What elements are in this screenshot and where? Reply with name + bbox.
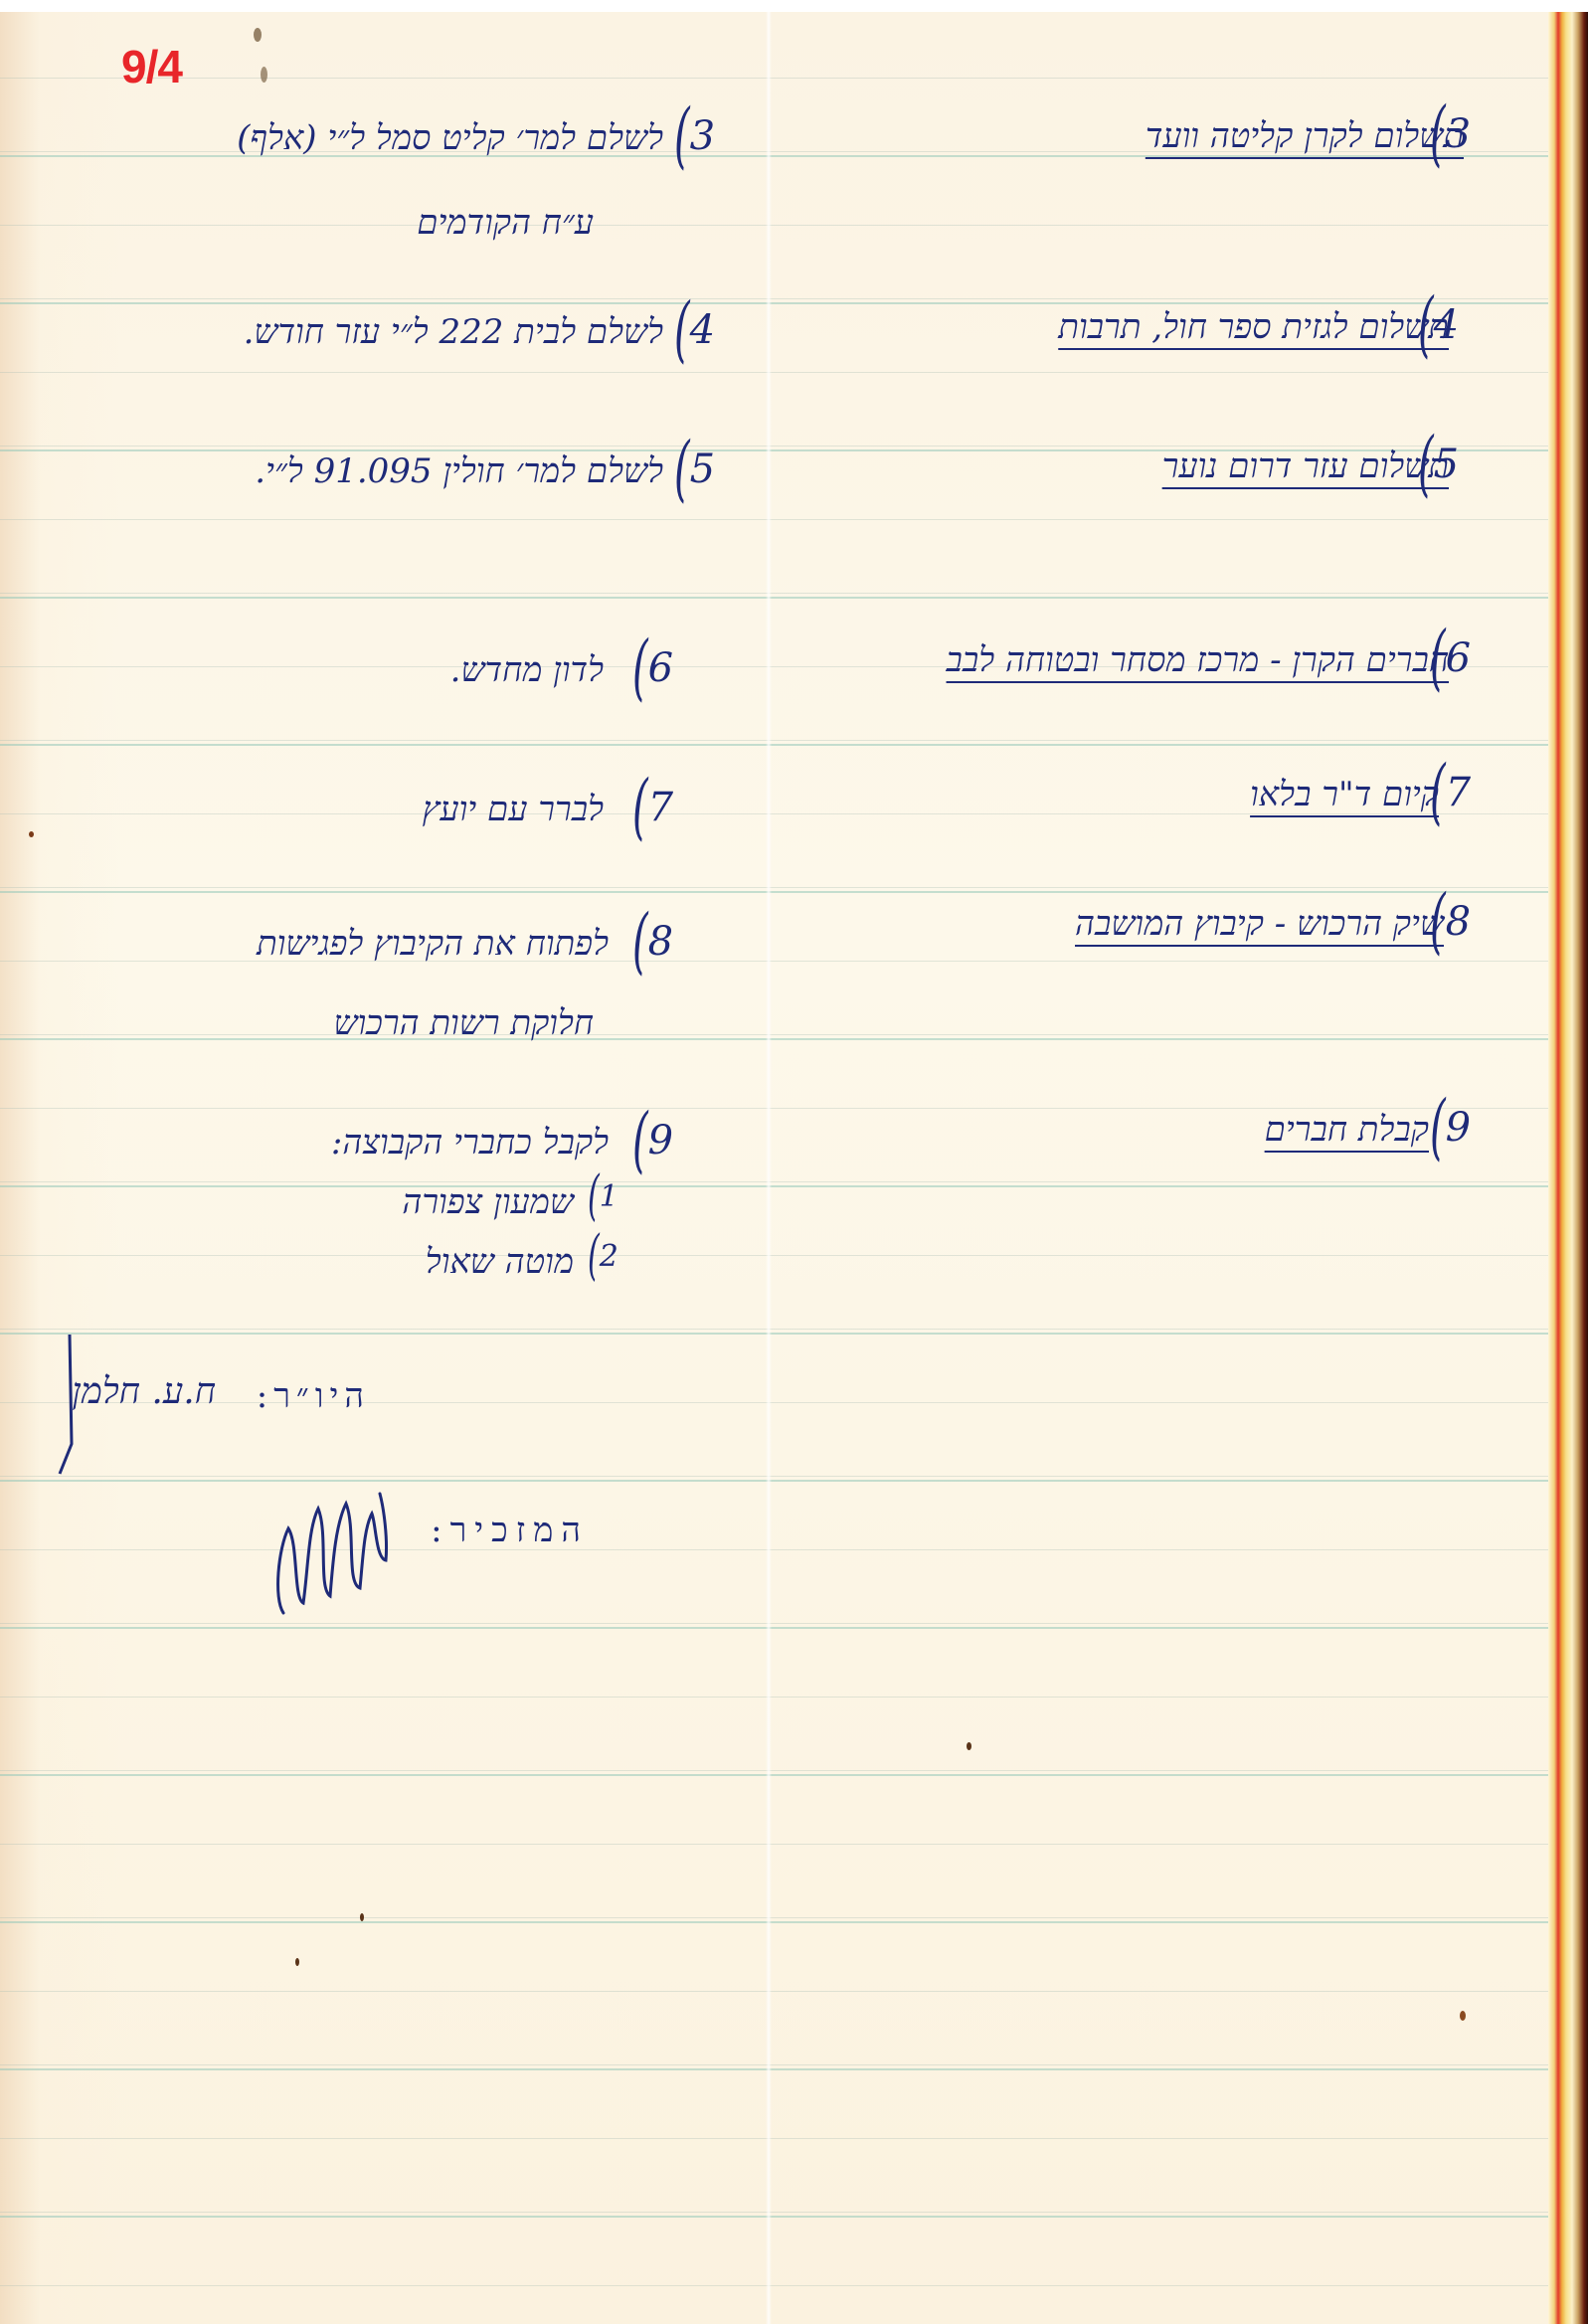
- stain-speck: [360, 1913, 364, 1921]
- right-item-4: תשלום לגזית ספר חול, תרבות: [1058, 310, 1449, 344]
- right-item-9-number: (9: [1424, 1105, 1471, 1151]
- left-item-9-number: (9: [626, 1118, 673, 1163]
- right-item-3-number: (3: [1424, 111, 1471, 157]
- left-item-9-sub-1-number: (1: [582, 1179, 618, 1214]
- right-item-8: שיק הרכוש - קיבוץ המושבה: [1075, 907, 1444, 941]
- chair-signature: ח.ע. חלמן: [72, 1374, 216, 1410]
- left-item-9-sub-2: מוטה שאול: [426, 1245, 574, 1279]
- left-item-4: לשלם לבית 222 ל״י עזר חודש.: [244, 315, 663, 349]
- item-text: תשלום עזר דרום נוער: [1162, 447, 1449, 486]
- left-item-8: לפתוח את הקיבוץ לפגישות: [257, 927, 609, 961]
- right-item-4-number: (4: [1412, 302, 1459, 348]
- bleed-through-text: [60, 1991, 756, 2190]
- item-text: חברים הקרן - מרכז מסחר ובטוחה לבב: [947, 640, 1449, 680]
- item-text: תשלום לגזית ספר חול, תרבות: [1058, 307, 1449, 347]
- stain-speck: [261, 67, 267, 83]
- right-item-7: קיום ד"ר בלאו: [1250, 778, 1439, 811]
- item-text: לקבל כחברי הקבוצה:: [331, 1123, 609, 1162]
- item-text: תשלום לקרן קליטה וועד: [1146, 116, 1464, 156]
- stain-speck: [1460, 2011, 1466, 2021]
- notebook-page: 9/4 תשלום לקרן קליטה וועד (3 תשלום לגזית…: [0, 12, 1588, 2324]
- right-item-6-number: (6: [1424, 635, 1471, 681]
- page-fold: [766, 12, 772, 2324]
- right-item-9: קבלת חברים: [1265, 1113, 1429, 1147]
- left-item-6: לדון מחדש.: [450, 653, 604, 687]
- left-item-3-continuation: ע״ח הקודמים: [417, 206, 594, 240]
- secretary-signature-scribble: [268, 1489, 398, 1628]
- item-text: קבלת חברים: [1265, 1110, 1429, 1150]
- item-text: לדון מחדש.: [450, 650, 604, 690]
- left-item-3: לשלם למר׳ קליט סמל ל״י (אלף): [237, 121, 663, 155]
- page-label: 9/4: [121, 40, 182, 93]
- item-text: שיק הרכוש - קיבוץ המושבה: [1075, 904, 1444, 944]
- left-item-9: לקבל כחברי הקבוצה:: [331, 1126, 609, 1160]
- left-item-8-number: (8: [626, 919, 673, 965]
- left-item-8-continuation: חלוקת רשות הרכוש: [334, 1006, 595, 1040]
- right-item-8-number: (8: [1424, 899, 1471, 945]
- item-text: לשלם למר׳ חולין 91.095 ל״י.: [255, 451, 663, 491]
- item-text: לשלם למר׳ קליט סמל ל״י (אלף): [237, 118, 663, 158]
- item-text: מוטה שאול: [426, 1242, 574, 1282]
- stain-speck: [967, 1742, 971, 1750]
- item-text: שמעון צפורה: [402, 1182, 574, 1222]
- left-item-7-number: (7: [626, 785, 673, 830]
- left-item-6-number: (6: [626, 645, 673, 691]
- right-item-6: חברים הקרן - מרכז מסחר ובטוחה לבב: [947, 643, 1449, 677]
- left-item-9-sub-1: שמעון צפורה: [402, 1185, 574, 1219]
- page-edge-binding: [1548, 12, 1588, 2324]
- item-text: לשלם לבית 222 ל״י עזר חודש.: [244, 312, 663, 352]
- stain-speck: [295, 1958, 299, 1966]
- right-item-3: תשלום לקרן קליטה וועד: [1146, 119, 1464, 153]
- left-item-4-number: (4: [668, 307, 715, 353]
- item-text: חלוקת רשות הרכוש: [334, 1003, 595, 1043]
- chair-label: היו״ר:: [257, 1379, 370, 1413]
- left-item-9-sub-2-number: (2: [582, 1239, 618, 1274]
- right-item-5: תשלום עזר דרום נוער: [1162, 449, 1449, 483]
- secretary-label: המזכיר:: [431, 1514, 589, 1547]
- item-text: ע״ח הקודמים: [417, 203, 594, 243]
- item-text: לפתוח את הקיבוץ לפגישות: [257, 924, 609, 964]
- left-item-3-number: (3: [668, 113, 715, 159]
- stain-speck: [254, 28, 262, 42]
- stain-speck: [29, 831, 34, 837]
- left-item-7: לברר עם יועץ: [423, 793, 604, 826]
- right-item-5-number: (5: [1412, 442, 1459, 487]
- item-text: קיום ד"ר בלאו: [1250, 775, 1439, 814]
- right-item-7-number: (7: [1424, 770, 1471, 815]
- faint-ruled-lines: [0, 12, 1551, 2324]
- chair-signature-stroke: [30, 1325, 89, 1484]
- item-text: לברר עם יועץ: [423, 790, 604, 829]
- left-item-5: לשלם למר׳ חולין 91.095 ל״י.: [255, 454, 663, 488]
- left-item-5-number: (5: [668, 447, 715, 492]
